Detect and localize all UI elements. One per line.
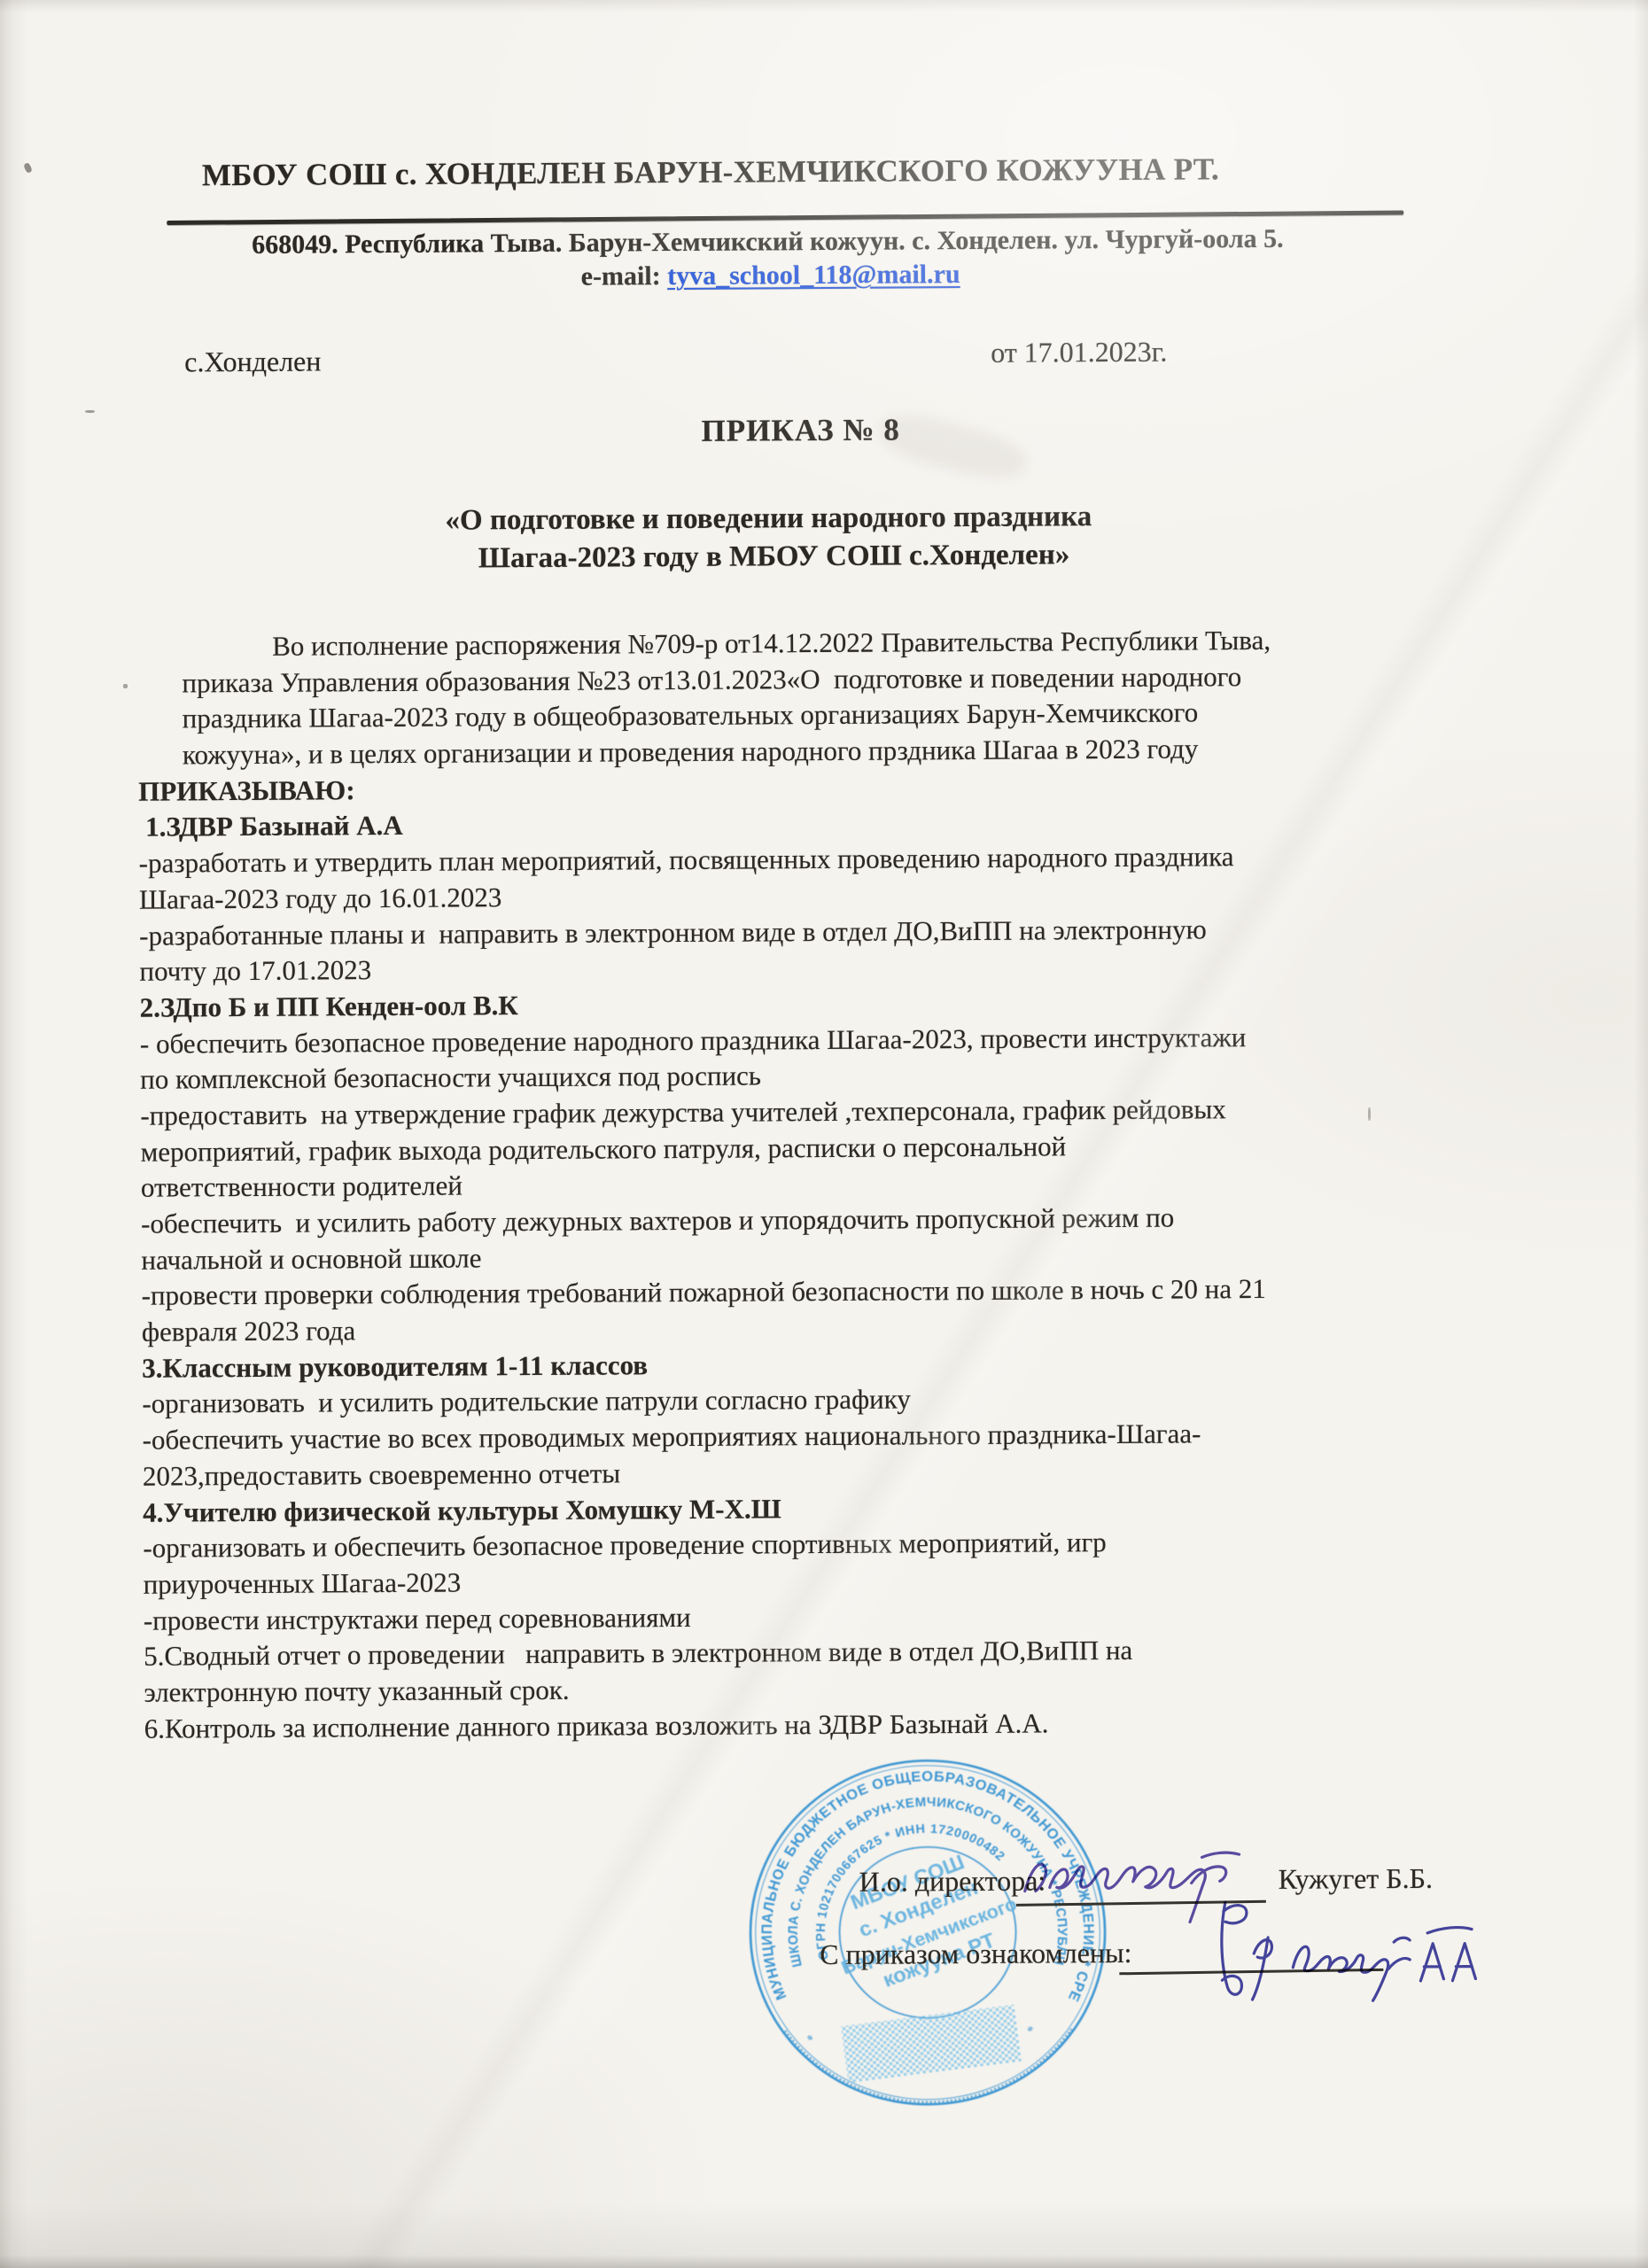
ack-signature (1222, 1901, 1476, 2002)
header-rule (167, 211, 1403, 225)
org-address: 668049. Республика Тыва. Барун-Хемчикски… (0, 222, 1540, 262)
order-body: Во исполнение распоряжения №709-р от14.1… (137, 621, 1527, 1747)
signature-line-2 (1119, 1969, 1383, 1975)
subject-line-1: «О подготовке и поведении народного праз… (0, 498, 1539, 540)
order-number: ПРИКАЗ № 8 (0, 408, 1605, 454)
document-content: МБОУ СОШ с. ХОНДЕЛЕН БАРУН-ХЕМЧИКСКОГО К… (0, 0, 1648, 2268)
stamp: МУНИЦИПАЛЬНОЕ БЮДЖЕТНОЕ ОБЩЕОБРАЗОВАТЕЛЬ… (725, 1751, 1131, 2118)
order-date: от 17.01.2023г. (991, 336, 1167, 369)
director-name: Кужугет Б.Б. (1279, 1862, 1433, 1896)
stamp-hatch-patch (841, 2005, 1022, 2083)
org-name: МБОУ СОШ с. ХОНДЕЛЕН БАРУН-ХЕМЧИКСКОГО К… (0, 151, 1426, 195)
place-label: с.Хонделен (184, 345, 321, 378)
body-line: 6.Контроль за исполнение данного приказа… (144, 1703, 1527, 1747)
director-label: И.о. директора: (859, 1864, 1046, 1898)
subject-line-2: Шагаа-2023 году в МБОУ СОШ с.Хонделен» (0, 536, 1551, 579)
email-row: e-mail: tyva_school_118@mail.ru (0, 256, 1545, 296)
scanned-order-page: МБОУ СОШ с. ХОНДЕЛЕН БАРУН-ХЕМЧИКСКОГО К… (0, 0, 1648, 2268)
stamp-star-right: * (1024, 2023, 1038, 2039)
ack-label: С приказом ознакомлены: (820, 1937, 1131, 1971)
email-label: e-mail: (581, 261, 668, 291)
email-link[interactable]: tyva_school_118@mail.ru (667, 260, 960, 291)
stamp-star-left: * (802, 2031, 816, 2047)
